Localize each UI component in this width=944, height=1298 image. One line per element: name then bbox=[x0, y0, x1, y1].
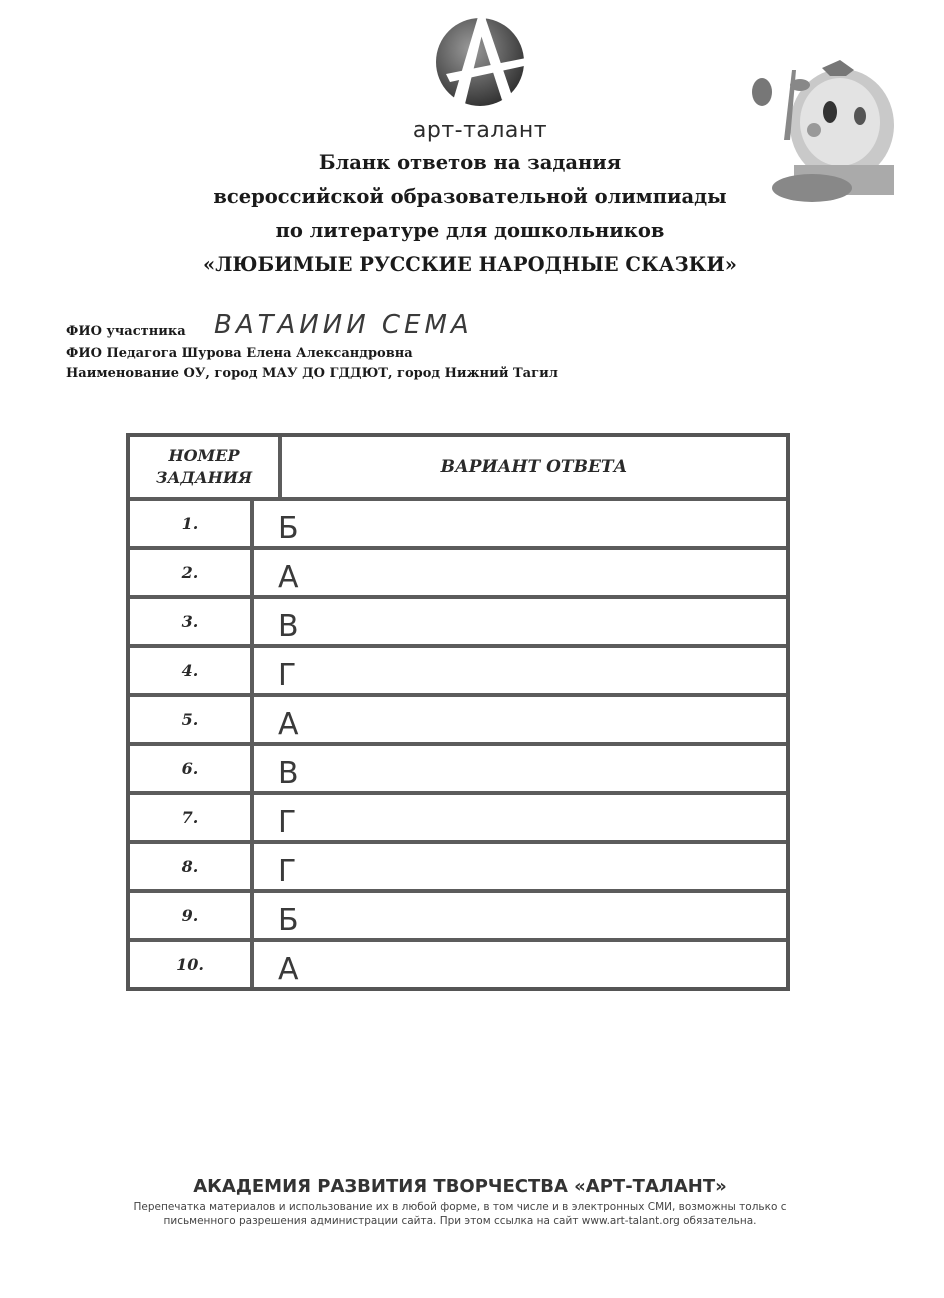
handwritten-answer: Г bbox=[278, 658, 296, 693]
handwritten-answer: Г bbox=[278, 854, 296, 889]
task-number: 4. bbox=[130, 648, 254, 693]
answer-cell[interactable]: А bbox=[254, 550, 786, 595]
answer-cell[interactable]: Г bbox=[254, 648, 786, 693]
handwritten-answer: А bbox=[278, 560, 299, 595]
task-number: 5. bbox=[130, 697, 254, 742]
handwritten-answer: Г bbox=[278, 805, 296, 840]
table-row: 3.В bbox=[130, 595, 786, 644]
answer-cell[interactable]: Б bbox=[254, 501, 786, 546]
table-row: 7.Г bbox=[130, 791, 786, 840]
task-number: 10. bbox=[130, 942, 254, 987]
footer-note: Перепечатка материалов и использование и… bbox=[90, 1200, 830, 1228]
table-header-row: НОМЕРЗАДАНИЯ ВАРИАНТ ОТВЕТА bbox=[130, 437, 786, 497]
answer-cell[interactable]: Б bbox=[254, 893, 786, 938]
teacher-line: ФИО Педагога Шурова Елена Александровна bbox=[66, 346, 413, 361]
brand-name: арт-талант bbox=[380, 118, 580, 143]
column-header-answer: ВАРИАНТ ОТВЕТА bbox=[282, 437, 786, 497]
title-line-4: «ЛЮБИМЫЕ РУССКИЕ НАРОДНЫЕ СКАЗКИ» bbox=[150, 248, 790, 282]
participant-label: ФИО участника bbox=[66, 324, 186, 339]
table-row: 2.А bbox=[130, 546, 786, 595]
footer-note-line-1: Перепечатка материалов и использование и… bbox=[90, 1200, 830, 1214]
task-number: 2. bbox=[130, 550, 254, 595]
table-row: 9.Б bbox=[130, 889, 786, 938]
answer-cell[interactable]: А bbox=[254, 942, 786, 987]
task-number: 1. bbox=[130, 501, 254, 546]
task-number: 6. bbox=[130, 746, 254, 791]
answer-cell[interactable]: В bbox=[254, 746, 786, 791]
answer-cell[interactable]: В bbox=[254, 599, 786, 644]
participant-name-handwritten: ВАТАИИИ СЕМА bbox=[214, 310, 473, 340]
task-number: 7. bbox=[130, 795, 254, 840]
answer-cell[interactable]: Г bbox=[254, 844, 786, 889]
participant-row: ФИО участника ВАТАИИИ СЕМА bbox=[66, 324, 186, 339]
answer-cell[interactable]: Г bbox=[254, 795, 786, 840]
handwritten-answer: В bbox=[278, 609, 299, 644]
table-row: 1.Б bbox=[130, 497, 786, 546]
handwritten-answer: Б bbox=[278, 903, 299, 938]
task-number: 8. bbox=[130, 844, 254, 889]
form-title: Бланк ответов на задания всероссийской о… bbox=[150, 146, 790, 282]
title-line-2: всероссийской образовательной олимпиады bbox=[150, 180, 790, 214]
answer-cell[interactable]: А bbox=[254, 697, 786, 742]
footer-note-line-2: письменного разрешения администрации сай… bbox=[90, 1214, 830, 1228]
column-header-number: НОМЕРЗАДАНИЯ bbox=[130, 437, 282, 497]
handwritten-answer: Б bbox=[278, 511, 299, 546]
answer-table: НОМЕРЗАДАНИЯ ВАРИАНТ ОТВЕТА 1.Б2.А3.В4.Г… bbox=[126, 433, 790, 991]
handwritten-answer: А bbox=[278, 707, 299, 742]
task-number: 9. bbox=[130, 893, 254, 938]
institution-line: Наименование ОУ, город МАУ ДО ГДДЮТ, гор… bbox=[66, 366, 558, 381]
title-line-3: по литературе для дошкольников bbox=[150, 214, 790, 248]
table-row: 8.Г bbox=[130, 840, 786, 889]
handwritten-answer: А bbox=[278, 952, 299, 987]
table-row: 6.В bbox=[130, 742, 786, 791]
art-talant-logo-icon bbox=[428, 8, 532, 112]
title-line-1: Бланк ответов на задания bbox=[150, 146, 790, 180]
handwritten-answer: В bbox=[278, 756, 299, 791]
table-row: 10.А bbox=[130, 938, 786, 987]
table-row: 4.Г bbox=[130, 644, 786, 693]
task-number: 3. bbox=[130, 599, 254, 644]
table-row: 5.А bbox=[130, 693, 786, 742]
footer-title: АКАДЕМИЯ РАЗВИТИЯ ТВОРЧЕСТВА «АРТ-ТАЛАНТ… bbox=[90, 1176, 830, 1197]
